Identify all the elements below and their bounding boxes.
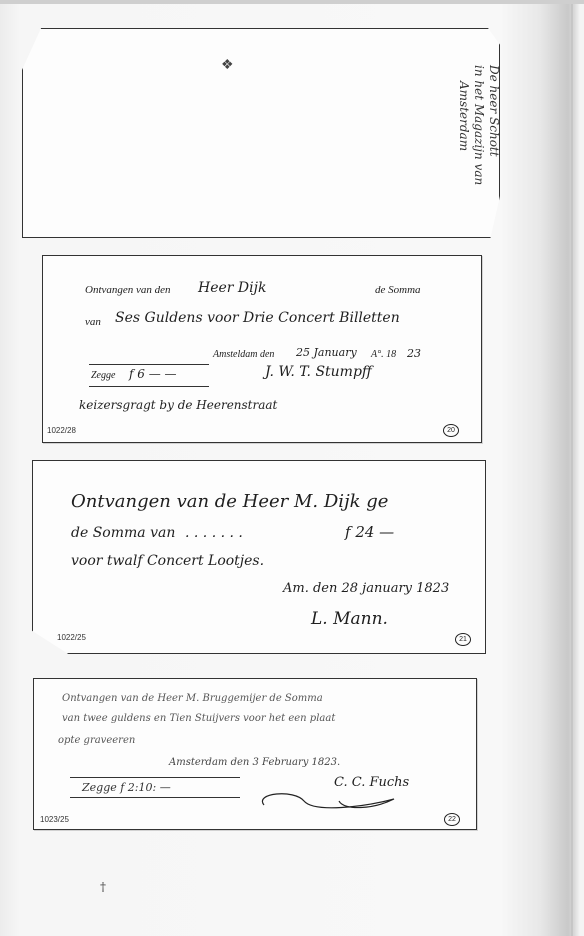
envelope-address: De heer Schott in het Magazijn van Amste… <box>456 65 501 185</box>
receipt-line-3: opte graveeren <box>58 735 135 746</box>
catalog-number: 1023/25 <box>40 815 69 824</box>
date-line: Am. den 28 january 1823 <box>283 581 449 596</box>
printed-van: van <box>85 316 101 328</box>
receipt-line-1: Ontvangen van de Heer M. Bruggemijer de … <box>62 693 323 704</box>
printed-place-date: Amsteldam den <box>213 349 274 360</box>
signature: J. W. T. Stumpff <box>265 364 372 380</box>
receipt-21: Ontvangen van de Heer M. Dijk ge de Somm… <box>32 460 486 654</box>
catalog-number: 1022/25 <box>57 633 86 642</box>
zegge-rule-top <box>70 777 240 778</box>
somma-label: de Somma van <box>71 525 175 541</box>
receipt-line-3: voor twalf Concert Lootjes. <box>71 553 264 569</box>
date-line: Amsterdam den 3 February 1823. <box>169 757 340 768</box>
binding-gutter <box>571 4 573 936</box>
address-line-2: in het Magazijn van <box>471 65 486 185</box>
circled-folio-number: 22 <box>444 813 460 826</box>
year-suffix: 23 <box>407 347 421 360</box>
wax-seal-fragment: ❖ <box>221 57 234 73</box>
address-note: keizersgragt by de Heerenstraat <box>79 398 277 412</box>
catalog-number: 1022/28 <box>47 426 76 435</box>
signature: L. Mann. <box>311 609 388 629</box>
zegge-rule-bottom <box>70 797 240 798</box>
zegge-label: Zegge <box>91 370 115 381</box>
receipt-line-1: Ontvangen van de Heer M. Dijk ge <box>71 491 388 512</box>
payer-name: Heer Dijk <box>198 280 266 296</box>
printed-prefix: Ontvangen van den <box>85 284 171 296</box>
circled-folio-number: 20 <box>443 424 459 437</box>
receipt-line-2: van twee guldens en Tien Stuijvers voor … <box>62 713 335 724</box>
zegge-value: f 6 — — <box>129 367 177 381</box>
receipt-20: Ontvangen van den Heer Dijk de Somma van… <box>42 255 482 443</box>
somma-dots: . . . . . . . <box>185 525 243 541</box>
date-day-month: 25 January <box>296 346 357 359</box>
amount-rule-bottom <box>89 386 209 387</box>
signature-flourish <box>254 787 404 817</box>
receipt-22: Ontvangen van de Heer M. Bruggemijer de … <box>33 678 477 830</box>
stray-pencil-mark: † <box>100 880 106 894</box>
address-line-1: De heer Schott <box>486 65 501 185</box>
envelope-slip: ❖ De heer Schott in het Magazijn van Ams… <box>22 28 500 238</box>
printed-somma: de Somma <box>375 284 421 296</box>
amount-text: Ses Guldens voor Drie Concert Billetten <box>115 310 400 326</box>
printed-year: A°. 18 <box>371 349 396 360</box>
amount: f 24 — <box>345 523 394 541</box>
amount-rule-top <box>89 364 209 365</box>
circled-folio-number: 21 <box>455 633 471 646</box>
zegge: Zegge f 2:10: — <box>82 781 171 794</box>
address-line-3: Amsterdam <box>456 65 471 185</box>
